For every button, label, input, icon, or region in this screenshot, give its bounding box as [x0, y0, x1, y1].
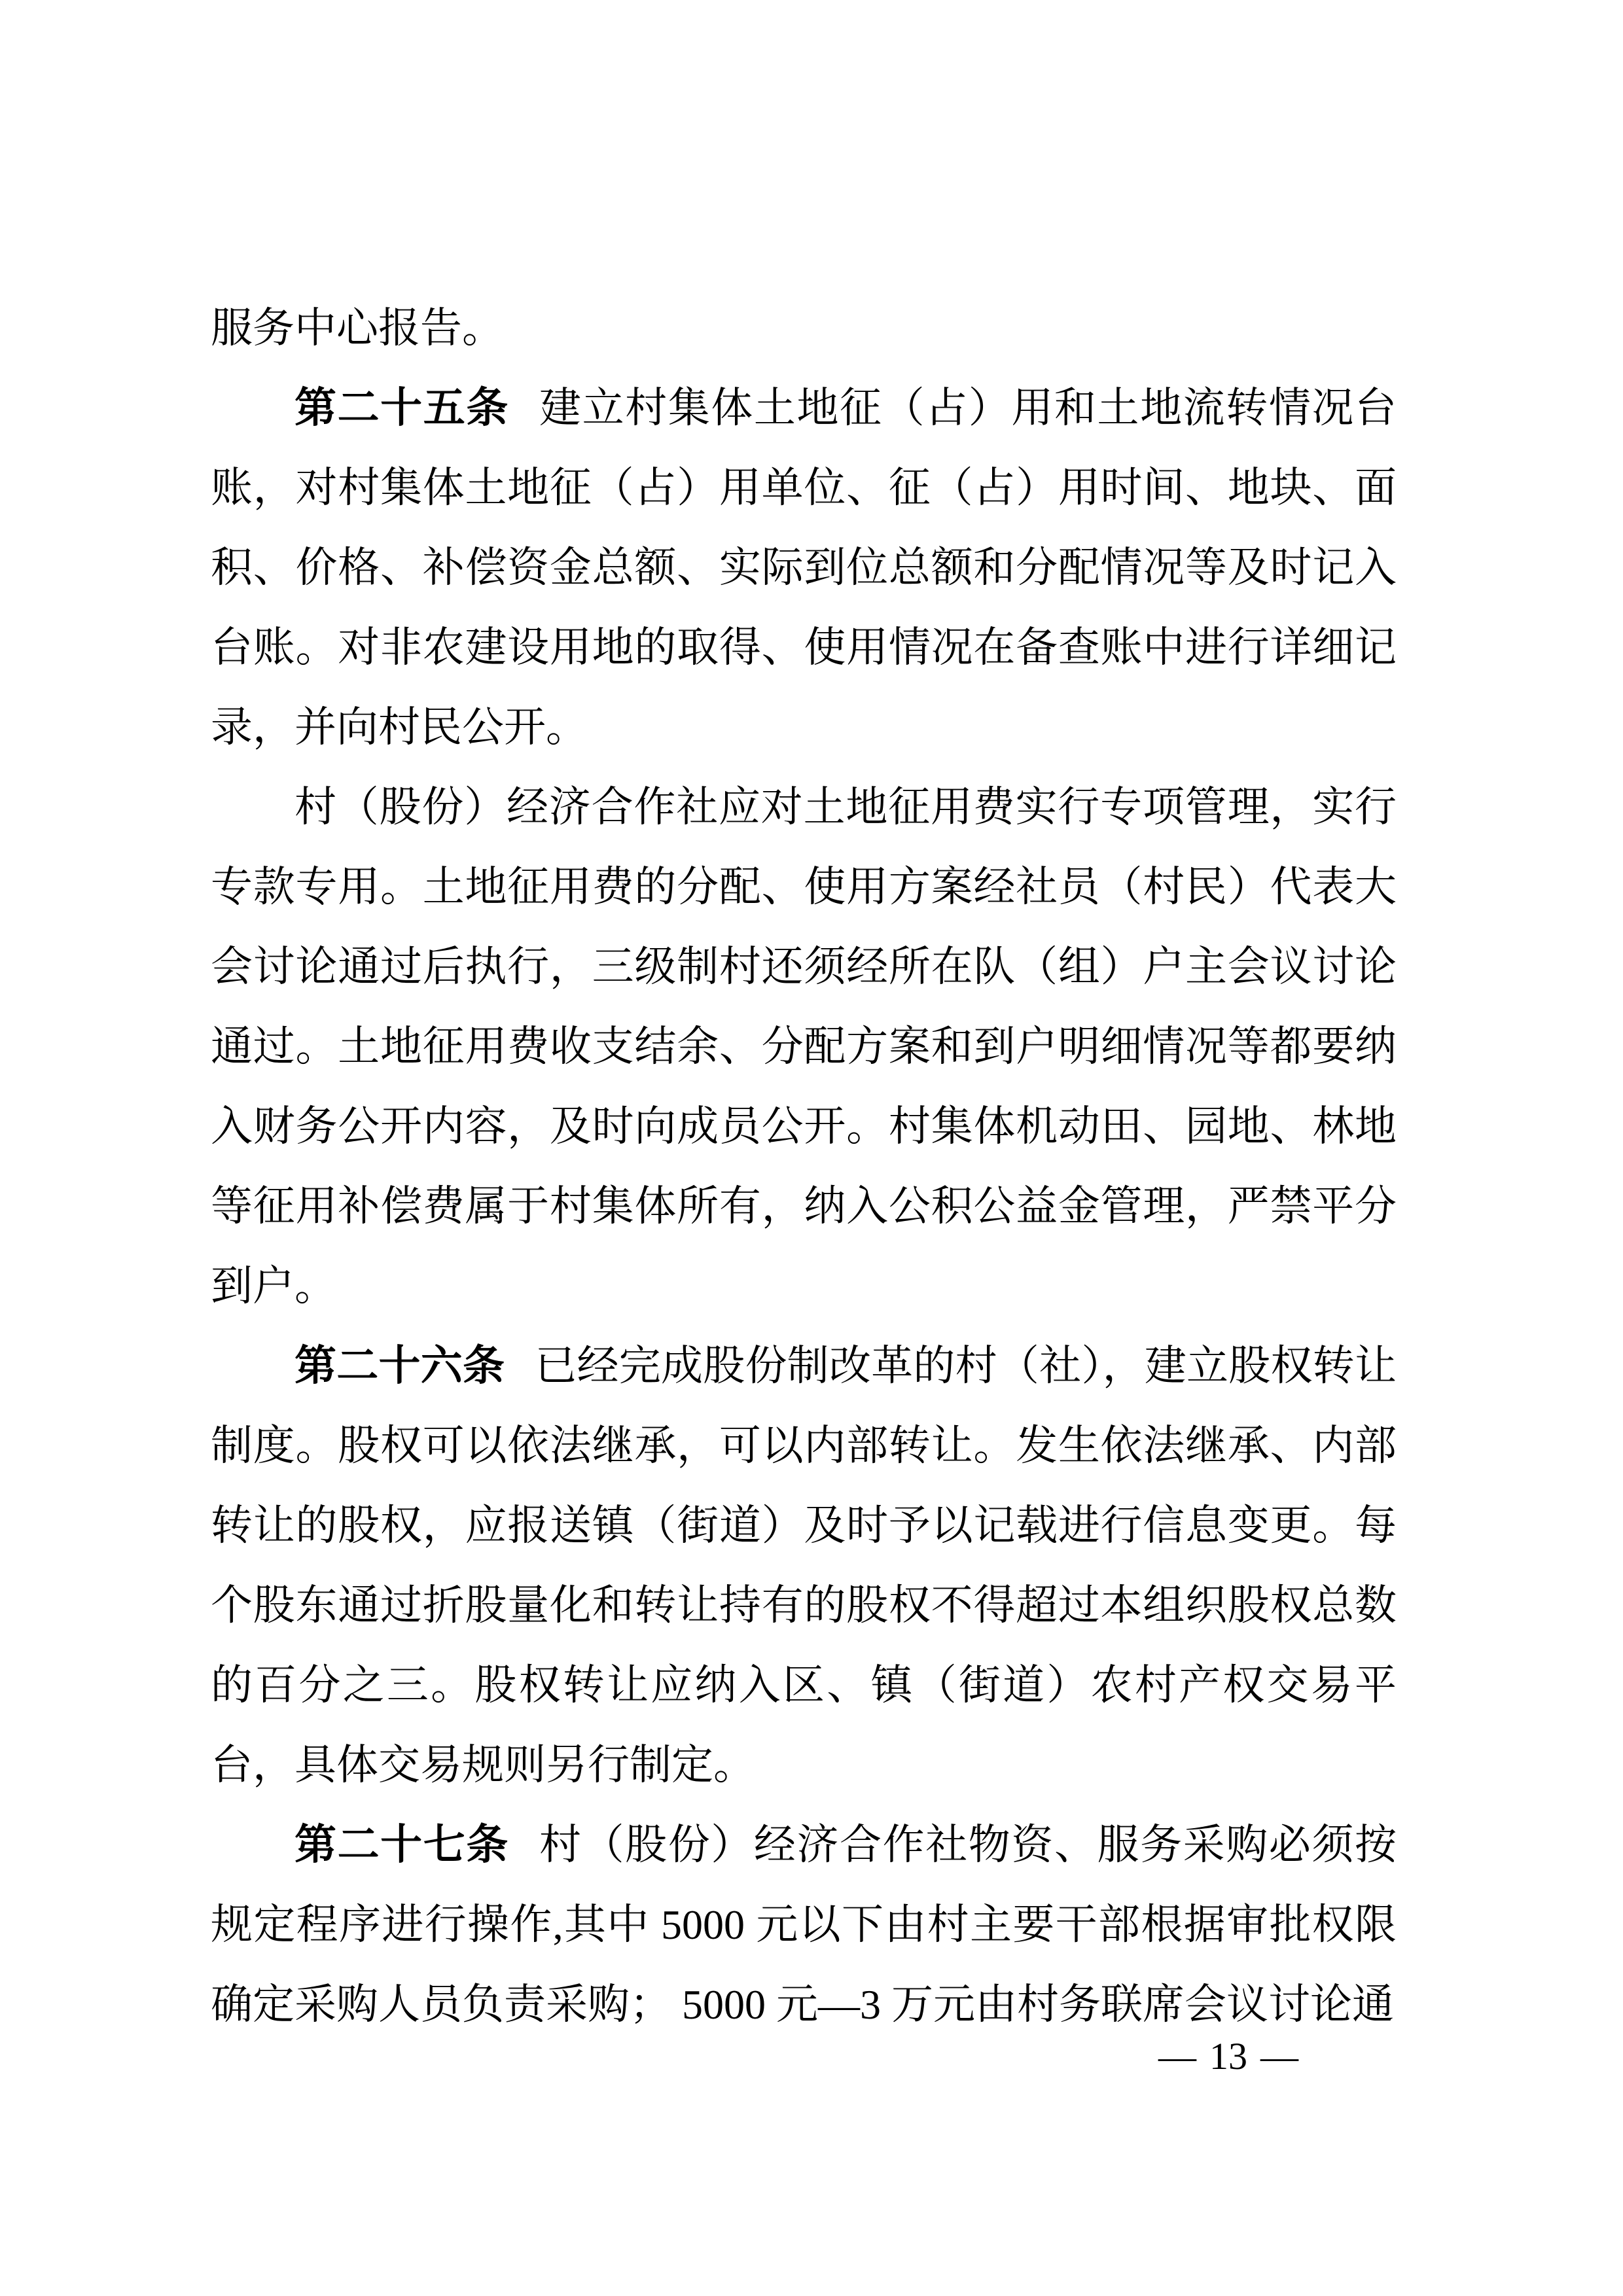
paragraph-text: 村（股份）经济合作社应对土地征用费实行专项管理，实行专款专用。土地征用费的分配、…: [211, 784, 1397, 1309]
article-number: 第二十六条: [294, 1343, 505, 1389]
article-number: 第二十五条: [294, 385, 509, 431]
paragraph-text: 建立村集体土地征（占）用和土地流转情况台账，对村集体土地征（占）用单位、征（占）…: [211, 385, 1397, 751]
page-number: —13—: [1158, 2034, 1298, 2079]
document-page: 服务中心报告。 第二十五条建立村集体土地征（占）用和土地流转情况台账，对村集体土…: [0, 0, 1623, 2296]
paragraph: 第二十五条建立村集体土地征（占）用和土地流转情况台账，对村集体土地征（占）用单位…: [211, 368, 1397, 768]
paragraph-text: 已经完成股份制改革的村（社），建立股权转让制度。股权可以依法继承，可以内部转让。…: [211, 1343, 1397, 1788]
paragraph-text: 服务中心报告。: [211, 305, 504, 351]
article-number: 第二十七条: [294, 1822, 509, 1868]
paragraph: 第二十六条已经完成股份制改革的村（社），建立股权转让制度。股权可以依法继承，可以…: [211, 1326, 1397, 1805]
page-number-dash-left: —: [1158, 2035, 1196, 2077]
paragraph: 村（股份）经济合作社应对土地征用费实行专项管理，实行专款专用。土地征用费的分配、…: [211, 768, 1397, 1326]
page-number-dash-right: —: [1260, 2035, 1298, 2077]
paragraph: 服务中心报告。: [211, 289, 1397, 368]
document-body: 服务中心报告。 第二十五条建立村集体土地征（占）用和土地流转情况台账，对村集体土…: [211, 289, 1397, 2045]
paragraph: 第二十七条村（股份）经济合作社物资、服务采购必须按规定程序进行操作,其中 500…: [211, 1805, 1397, 2045]
page-number-value: 13: [1209, 2035, 1247, 2077]
